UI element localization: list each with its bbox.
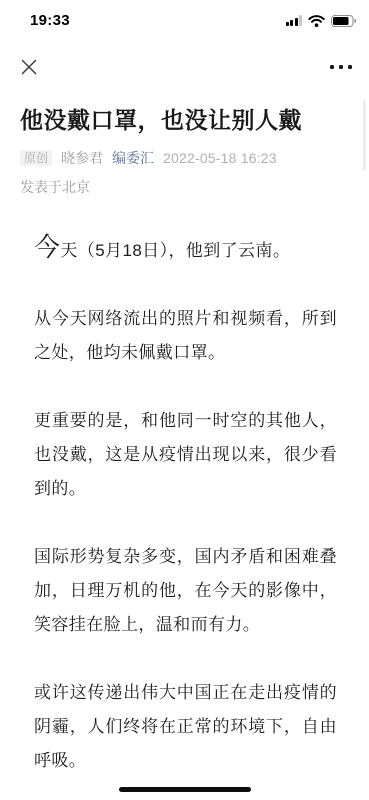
wifi-icon [308,15,325,27]
nav-bar [0,48,369,86]
more-options-icon [330,65,352,69]
close-button[interactable] [20,58,38,76]
status-bar: 19:33 [0,0,369,32]
cellular-signal-icon [286,15,303,26]
author-name: 晓参君 [61,148,103,168]
article-meta: 原创 晓参君 编委汇 2022-05-18 16:23 [20,148,349,168]
lead-character: 今 [34,232,60,262]
publish-location: 发表于北京 [20,177,349,197]
paragraph-text: 天（5月18日），他到了云南。 [60,241,290,260]
publish-time: 2022-05-18 16:23 [163,150,277,166]
home-indicator[interactable] [119,787,251,792]
scrollbar[interactable] [363,100,366,170]
original-badge: 原创 [20,150,52,166]
article-title: 他没戴口罩，也没让别人戴 [20,106,349,135]
paragraph: 国际形势复杂多变，国内矛盾和困难叠加，日理万机的他，在今天的影像中，笑容挂在脸上… [34,540,337,642]
status-icons [286,15,358,27]
account-link[interactable]: 编委汇 [112,148,154,168]
close-icon [20,58,38,76]
status-time: 19:33 [30,12,70,29]
article: 他没戴口罩，也没让别人戴 原创 晓参君 编委汇 2022-05-18 16:23… [0,106,369,778]
more-options-button[interactable] [330,65,352,69]
battery-icon [331,15,357,27]
paragraph: 从今天网络流出的照片和视频看，所到之处，他均未佩戴口罩。 [34,302,337,370]
paragraph: 今天（5月18日），他到了云南。 [34,234,337,268]
paragraph: 或许这传递出伟大中国正在走出疫情的阴霾，人们终将在正常的环境下，自由呼吸。 [34,676,337,778]
paragraph: 更重要的是，和他同一时空的其他人，也没戴，这是从疫情出现以来，很少看到的。 [34,404,337,506]
article-body: 今天（5月18日），他到了云南。 从今天网络流出的照片和视频看，所到之处，他均未… [34,234,337,778]
